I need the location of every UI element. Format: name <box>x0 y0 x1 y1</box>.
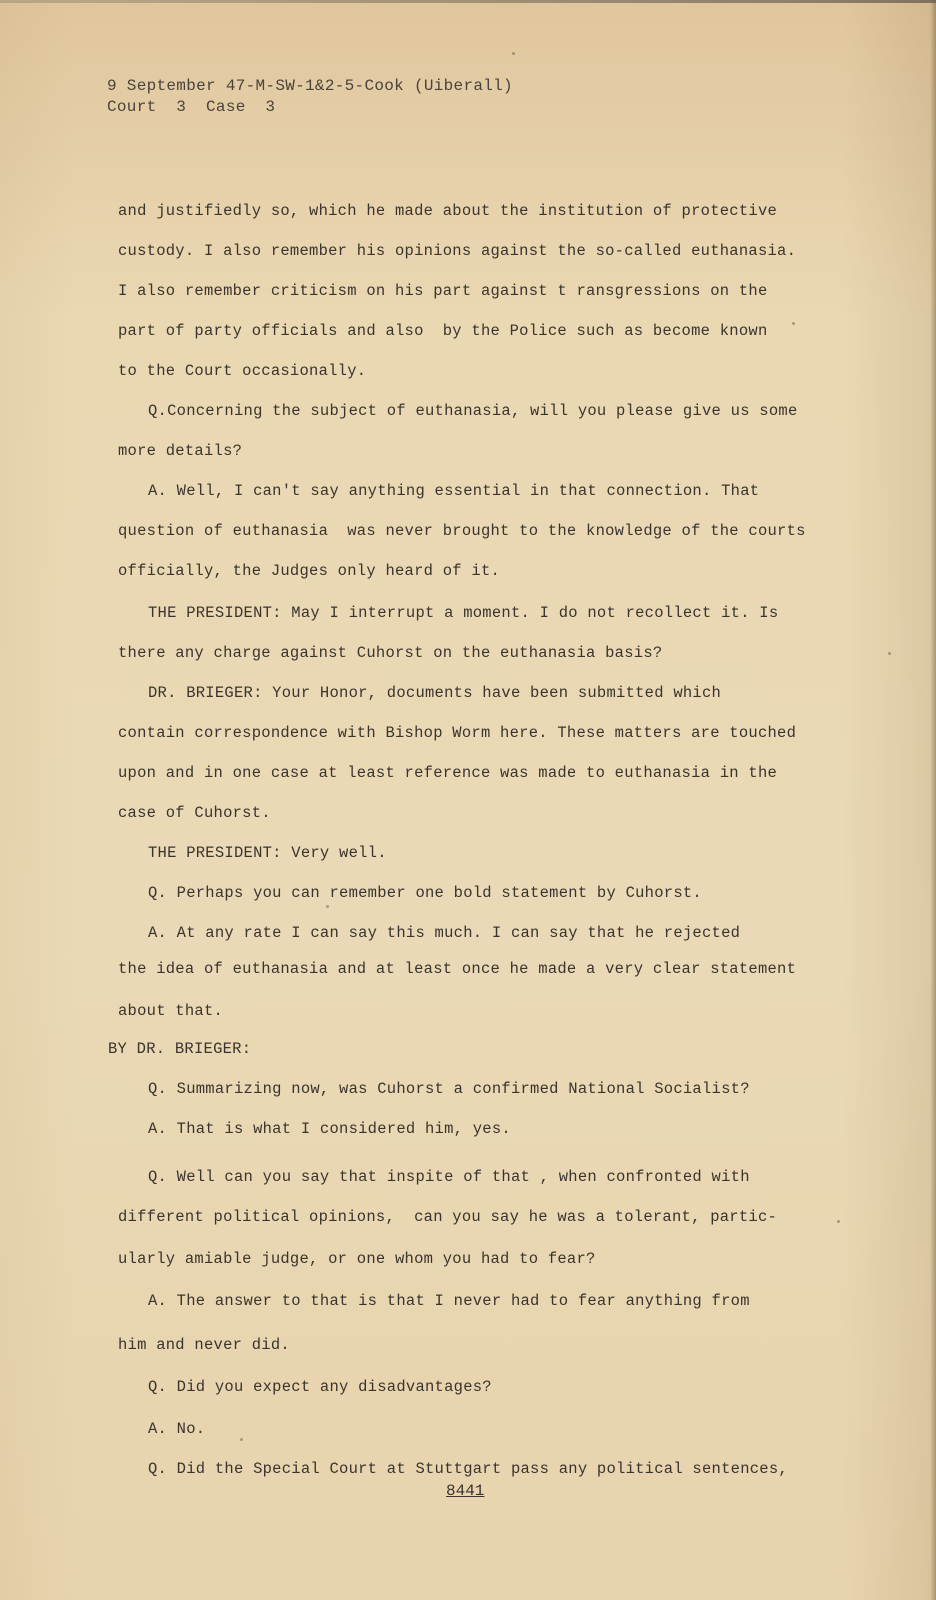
transcript-line: more details? <box>118 442 242 460</box>
transcript-line: about that. <box>118 1002 223 1020</box>
transcript-line: contain correspondence with Bishop Worm … <box>118 724 796 742</box>
paper-speck <box>837 1220 840 1223</box>
transcript-line: to the Court occasionally. <box>118 362 366 380</box>
document-header: 9 September 47-M-SW-1&2-5-Cook (Uiberall… <box>107 76 513 118</box>
transcript-line: Q. Did you expect any disadvantages? <box>148 1378 492 1396</box>
paper-speck <box>512 52 515 55</box>
transcript-line: A. That is what I considered him, yes. <box>148 1120 511 1138</box>
transcript-line: THE PRESIDENT: May I interrupt a moment.… <box>148 604 778 622</box>
page-top-edge <box>0 0 936 3</box>
header-date-reference: 9 September 47-M-SW-1&2-5-Cook (Uiberall… <box>107 76 513 97</box>
transcript-line: officially, the Judges only heard of it. <box>118 562 500 580</box>
transcript-line: part of party officials and also by the … <box>118 322 768 340</box>
transcript-line: Q. Did the Special Court at Stuttgart pa… <box>148 1460 788 1478</box>
transcript-line: THE PRESIDENT: Very well. <box>148 844 387 862</box>
transcript-line: A. At any rate I can say this much. I ca… <box>148 924 740 942</box>
document-page: 9 September 47-M-SW-1&2-5-Cook (Uiberall… <box>0 0 936 1600</box>
transcript-line: ularly amiable judge, or one whom you ha… <box>118 1250 596 1268</box>
paper-speck <box>888 652 891 655</box>
transcript-line: A. Well, I can't say anything essential … <box>148 482 759 500</box>
transcript-line: BY DR. BRIEGER: <box>108 1040 251 1058</box>
transcript-line: the idea of euthanasia and at least once… <box>118 960 796 978</box>
paper-speck <box>240 1438 243 1441</box>
transcript-line: A. The answer to that is that I never ha… <box>148 1292 750 1310</box>
paper-speck <box>326 905 329 908</box>
paper-speck <box>792 322 795 325</box>
transcript-line: upon and in one case at least reference … <box>118 764 777 782</box>
transcript-line: A. No. <box>148 1420 205 1438</box>
transcript-line: different political opinions, can you sa… <box>118 1208 777 1226</box>
transcript-line: him and never did. <box>118 1336 290 1354</box>
header-court-case: Court 3 Case 3 <box>107 97 513 118</box>
transcript-line: and justifiedly so, which he made about … <box>118 202 777 220</box>
transcript-line: Q. Summarizing now, was Cuhorst a confir… <box>148 1080 750 1098</box>
page-number: 8441 <box>446 1482 484 1500</box>
transcript-line: I also remember criticism on his part ag… <box>118 282 768 300</box>
transcript-line: Q. Perhaps you can remember one bold sta… <box>148 884 702 902</box>
transcript-line: DR. BRIEGER: Your Honor, documents have … <box>148 684 721 702</box>
transcript-line: there any charge against Cuhorst on the … <box>118 644 662 662</box>
transcript-line: Q.Concerning the subject of euthanasia, … <box>148 402 798 420</box>
transcript-line: custody. I also remember his opinions ag… <box>118 242 796 260</box>
transcript-line: Q. Well can you say that inspite of that… <box>148 1168 750 1186</box>
transcript-line: question of euthanasia was never brought… <box>118 522 806 540</box>
transcript-line: case of Cuhorst. <box>118 804 271 822</box>
page-right-edge <box>930 0 936 1600</box>
